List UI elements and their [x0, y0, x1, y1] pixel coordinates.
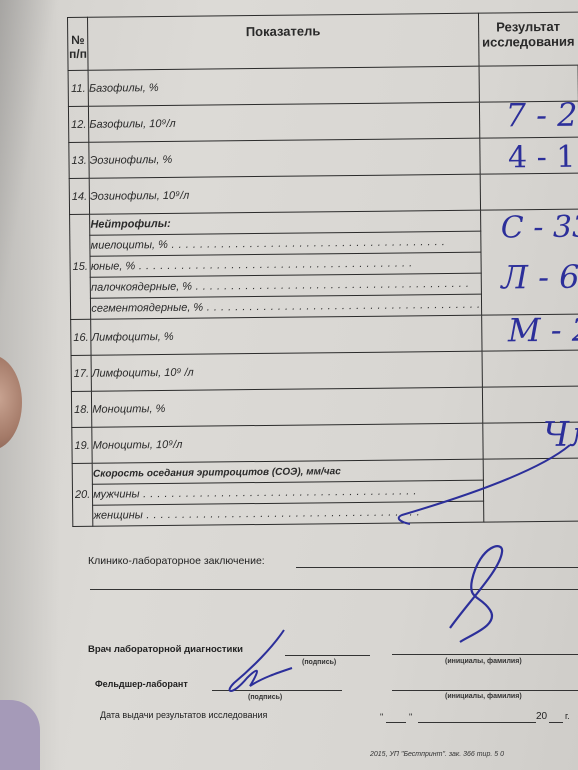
issue-day-field[interactable] [386, 722, 406, 723]
table-row: 11. Базофилы, % [68, 65, 578, 106]
table-row: 16. Лимфоциты, % М - 2 [71, 314, 578, 355]
signature-scribble [440, 540, 520, 650]
table-row-neutrophils: 15. Нейтрофилы: С - 33 Л - 62 [70, 209, 578, 235]
row-num: 15. [70, 214, 91, 319]
row-num: 17. [71, 355, 92, 391]
handwritten-result: С - 33 [501, 210, 578, 246]
issue-month-field[interactable] [418, 722, 536, 723]
row-indicator: Базофилы, 10⁹/л [89, 102, 480, 142]
row-result: 7 - 2 [479, 101, 578, 138]
conclusion-label: Клинико-лабораторное заключение: [88, 555, 265, 567]
row-num: 18. [71, 391, 92, 427]
row-num: 20. [72, 463, 93, 526]
row-num: 14. [69, 178, 90, 214]
table-header-row: № п/п Показатель Результат исследования [68, 12, 578, 70]
handwritten-result: 4 - 1 [508, 140, 576, 176]
technician-signature [222, 628, 302, 703]
row-result: 4 - 1 [479, 137, 578, 174]
row-indicator: Моноциты, % [92, 387, 483, 427]
row-indicator: Базофилы, % [88, 66, 479, 106]
table-row: 13. Эозинофилы, % 4 - 1 [69, 137, 578, 178]
row-num: 19. [72, 427, 93, 463]
table-row: 18. Моноциты, % [71, 386, 578, 427]
header-result: Результат исследования [478, 12, 578, 66]
form-photo: № п/п Показатель Результат исследования … [0, 0, 578, 770]
table-row: 12. Базофилы, 10⁹/л 7 - 2 [68, 101, 578, 142]
header-indicator: Показатель [88, 13, 479, 70]
table-row: 17. Лимфоциты, 10⁹ /л [71, 350, 578, 391]
doctor-name-line[interactable] [392, 654, 578, 655]
pen-stroke [390, 440, 578, 530]
row-num: 11. [68, 70, 89, 106]
row-result: С - 33 Л - 62 [480, 209, 578, 315]
row-result [480, 173, 578, 210]
row-indicator: Эозинофилы, % [89, 138, 480, 178]
handwritten-result: Л - 62 [501, 257, 578, 296]
row-num: 12. [68, 106, 89, 142]
issue-date-label: Дата выдачи результатов исследования [100, 710, 267, 720]
conclusion-line-1[interactable] [296, 567, 578, 568]
printer-imprint: 2015, УП "Бестпринт". зак. 366 тир. 5 0 [370, 751, 504, 758]
signature-caption: (подпись) [302, 659, 336, 666]
row-indicator: Эозинофилы, 10⁹/л [89, 174, 480, 214]
issue-year-field[interactable] [549, 722, 563, 723]
header-num: № п/п [68, 17, 89, 70]
row-num: 13. [69, 142, 90, 178]
technician-name-line[interactable] [392, 690, 578, 691]
doctor-label: Врач лабораторной диагностики [88, 644, 243, 655]
row-result: М - 2 [481, 314, 578, 351]
initials-caption: (инициалы, фамилия) [445, 658, 522, 665]
row-result [482, 350, 578, 387]
initials-caption: (инициалы, фамилия) [445, 693, 522, 700]
row-indicator: Лимфоциты, 10⁹ /л [91, 351, 482, 391]
row-indicator: Лимфоциты, % [91, 315, 482, 355]
technician-label: Фельдшер-лаборант [95, 679, 188, 689]
table-row: 14. Эозинофилы, 10⁹/л [69, 173, 578, 214]
row-num: 16. [71, 319, 92, 355]
handwritten-result: 7 - 2 [505, 96, 577, 135]
handwritten-result: М - 2 [508, 311, 578, 350]
